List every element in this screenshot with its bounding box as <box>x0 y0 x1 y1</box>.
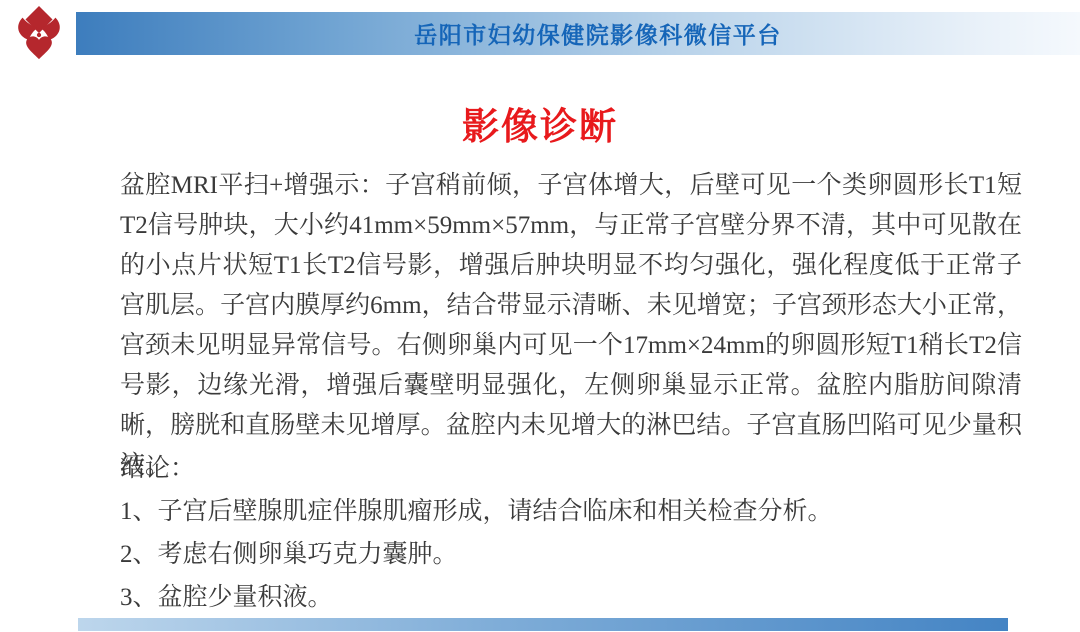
page-title: 影像诊断 <box>0 96 1080 150</box>
hospital-emblem-icon <box>10 5 68 65</box>
conclusion-item-3: 3、盆腔少量积液。 <box>120 576 1022 619</box>
footer-divider-bar <box>78 618 1008 631</box>
conclusion-label: 结论： <box>120 448 1022 490</box>
report-findings-paragraph: 盆腔MRI平扫+增强示：子宫稍前倾，子宫体增大，后壁可见一个类卵圆形长T1短T2… <box>120 166 1022 486</box>
platform-title: 岳阳市妇幼保健院影像科微信平台 <box>414 17 782 50</box>
header-banner: 岳阳市妇幼保健院影像科微信平台 <box>76 12 1080 55</box>
conclusion-item-1: 1、子宫后壁腺肌症伴腺肌瘤形成，请结合临床和相关检查分析。 <box>120 490 1022 533</box>
conclusion-section: 结论： 1、子宫后壁腺肌症伴腺肌瘤形成，请结合临床和相关检查分析。 2、考虑右侧… <box>120 448 1022 619</box>
conclusion-item-2: 2、考虑右侧卵巢巧克力囊肿。 <box>120 533 1022 576</box>
